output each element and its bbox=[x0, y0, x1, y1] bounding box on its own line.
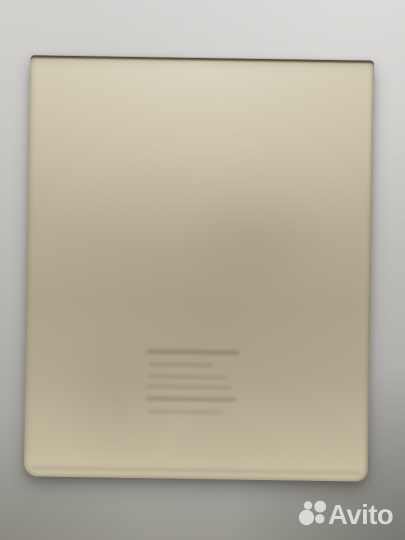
cover-stain bbox=[177, 178, 329, 300]
book-cover bbox=[24, 55, 375, 481]
listing-photo: Avito bbox=[0, 0, 405, 540]
avito-watermark: Avito bbox=[295, 492, 401, 534]
embossed-text-line bbox=[148, 362, 212, 368]
book-bottom-crease bbox=[32, 466, 362, 474]
watermark-text: Avito bbox=[328, 499, 393, 530]
avito-logo-icon bbox=[299, 501, 326, 525]
